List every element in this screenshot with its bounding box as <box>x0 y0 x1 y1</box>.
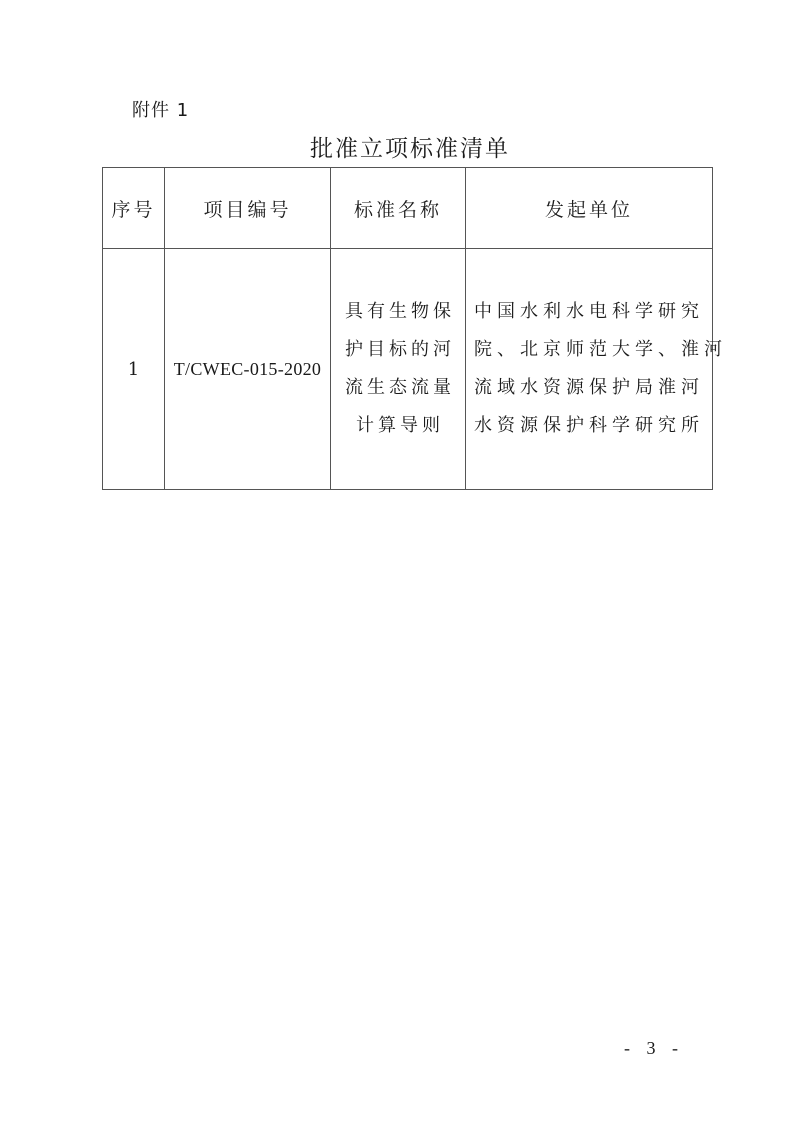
cell-standard-name: 具有生物保 护目标的河 流生态流量 计算导则 <box>331 249 466 490</box>
standard-name-line: 流生态流量 <box>335 369 465 407</box>
cell-project-code: T/CWEC-015-2020 <box>165 249 331 490</box>
initiator-line: 院、北京师范大学、淮河 <box>474 331 712 369</box>
initiator-line: 中国水利水电科学研究 <box>474 293 712 331</box>
table-row: 1 T/CWEC-015-2020 具有生物保 护目标的河 流生态流量 计算导则… <box>103 249 713 490</box>
standard-name-line: 具有生物保 <box>335 293 465 331</box>
standard-name-line: 护目标的河 <box>335 331 465 369</box>
attachment-label: 附件 1 <box>132 96 189 122</box>
initiator-line: 流域水资源保护局淮河 <box>474 369 712 407</box>
document-title: 批准立项标准清单 <box>0 130 800 163</box>
header-seq: 序号 <box>103 168 165 249</box>
header-initiator: 发起单位 <box>466 168 713 249</box>
page-number: - 3 - <box>624 1038 684 1059</box>
approved-standards-table: 序号 项目编号 标准名称 发起单位 1 T/CWEC-015-2020 具有生物… <box>102 167 713 490</box>
header-standard-name: 标准名称 <box>331 168 466 249</box>
standard-name-line: 计算导则 <box>335 407 465 445</box>
initiator-line: 水资源保护科学研究所 <box>474 407 712 445</box>
header-project-code: 项目编号 <box>165 168 331 249</box>
table-header-row: 序号 项目编号 标准名称 发起单位 <box>103 168 713 249</box>
cell-initiator: 中国水利水电科学研究 院、北京师范大学、淮河 流域水资源保护局淮河 水资源保护科… <box>466 249 713 490</box>
cell-seq: 1 <box>103 249 165 490</box>
